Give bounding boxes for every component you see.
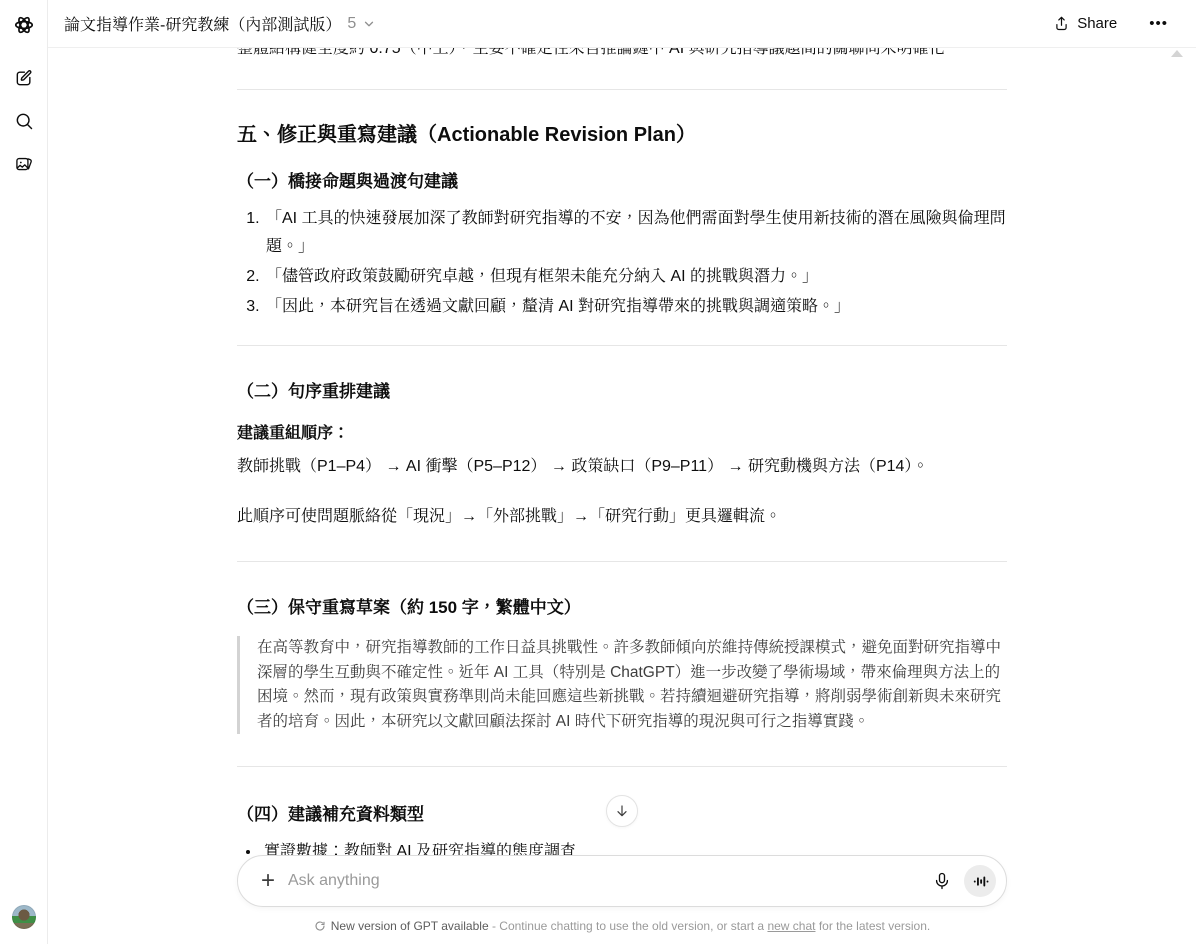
reorder-sequence: 教師挑戰（P1–P4） → AI 衝擊（P5–P12） → 政策缺口（P9–P1… <box>237 453 1007 481</box>
subsection-2-heading: （二）句序重排建議 <box>237 380 1007 403</box>
divider <box>237 766 1007 767</box>
gpt-title-dropdown[interactable]: 論文指導作業-研究教練（內部測試版） 5 <box>64 12 376 35</box>
sidebar-rail <box>0 0 48 944</box>
gpt-title: 論文指導作業-研究教練（內部測試版） <box>64 12 341 35</box>
divider <box>237 89 1007 90</box>
clipped-paragraph: 整體結構健全度約 0.75（中上），主要不確定性來自推論鏈中 AI 與研究指導議… <box>237 48 1007 61</box>
notice-strong: New version of GPT available <box>331 919 489 933</box>
user-avatar[interactable] <box>12 905 36 929</box>
notice-end: for the latest version. <box>815 919 930 933</box>
conversation-header: 論文指導作業-研究教練（內部測試版） 5 Share ••• <box>48 0 1196 48</box>
list-item: 「AI 工具的快速發展加深了教師對研究指導的不安，因為他們需面對學生使用新技術的… <box>264 205 1007 261</box>
chevron-down-icon <box>362 17 376 31</box>
main-pane: 論文指導作業-研究教練（內部測試版） 5 Share ••• 整體結構健全度約 … <box>48 0 1196 944</box>
message-composer[interactable]: + <box>237 855 1007 907</box>
subsection-1-heading: （一）橋接命題與過渡句建議 <box>237 170 1007 193</box>
header-actions: Share ••• <box>1041 9 1178 38</box>
library-icon[interactable] <box>11 151 37 177</box>
more-options-button[interactable]: ••• <box>1139 9 1178 38</box>
share-icon <box>1053 15 1070 32</box>
divider <box>237 561 1007 562</box>
rewrite-draft-quote: 在高等教育中，研究指導教師的工作日益具挑戰性。許多教師傾向於維持傳統授課模式，避… <box>237 636 1007 734</box>
quote-text: 在高等教育中，研究指導教師的工作日益具挑戰性。許多教師傾向於維持傳統授課模式，避… <box>257 636 1007 734</box>
reorder-note: 此順序可使問題脈絡從「現況」→「外部挑戰」→「研究行動」更具邏輯流。 <box>237 503 1007 531</box>
app-window: 論文指導作業-研究教練（內部測試版） 5 Share ••• 整體結構健全度約 … <box>0 0 1196 944</box>
message-input[interactable] <box>288 872 926 890</box>
scroll-to-bottom-button[interactable] <box>606 795 638 827</box>
share-label: Share <box>1077 15 1117 32</box>
search-icon[interactable] <box>11 108 37 134</box>
mic-icon <box>932 871 952 891</box>
list-item: 「儘管政府政策鼓勵研究卓越，但現有框架未能充分納入 AI 的挑戰與潛力。」 <box>264 263 1007 291</box>
voice-mode-button[interactable] <box>964 865 996 897</box>
section-heading: 五、修正與重寫建議（Actionable Revision Plan） <box>237 122 1007 148</box>
list-item: 「因此，本研究旨在透過文獻回顧，釐清 AI 對研究指導帶來的挑戰與調適策略。」 <box>264 293 1007 321</box>
version-notice: New version of GPT available - Continue … <box>48 907 1196 944</box>
scroll-down-icon <box>614 803 630 819</box>
bridge-suggestions-list: 「AI 工具的快速發展加深了教師對研究指導的不安，因為他們需面對學生使用新技術的… <box>237 205 1007 321</box>
new-chat-icon[interactable] <box>11 65 37 91</box>
openai-logo[interactable] <box>12 13 36 37</box>
reorder-lead: 建議重組順序： <box>237 422 1007 446</box>
bottom-bar: + <box>48 855 1196 944</box>
sidebar-icon-group <box>11 65 37 177</box>
notice-mid: - Continue chatting to use the old versi… <box>489 919 768 933</box>
refresh-icon <box>314 920 326 932</box>
scrollbar-up-arrow[interactable] <box>1171 50 1183 57</box>
attach-button[interactable]: + <box>254 867 282 895</box>
assistant-message: 整體結構健全度約 0.75（中上），主要不確定性來自推論鏈中 AI 與研究指導議… <box>237 48 1007 895</box>
divider <box>237 345 1007 346</box>
share-button[interactable]: Share <box>1041 9 1129 38</box>
mic-button[interactable] <box>926 865 958 897</box>
voice-waveform-icon <box>972 873 989 890</box>
subsection-3-heading: （三）保守重寫草案（約 150 字，繁體中文） <box>237 596 1007 619</box>
gpt-version: 5 <box>347 15 356 33</box>
new-chat-link[interactable]: new chat <box>767 919 815 933</box>
